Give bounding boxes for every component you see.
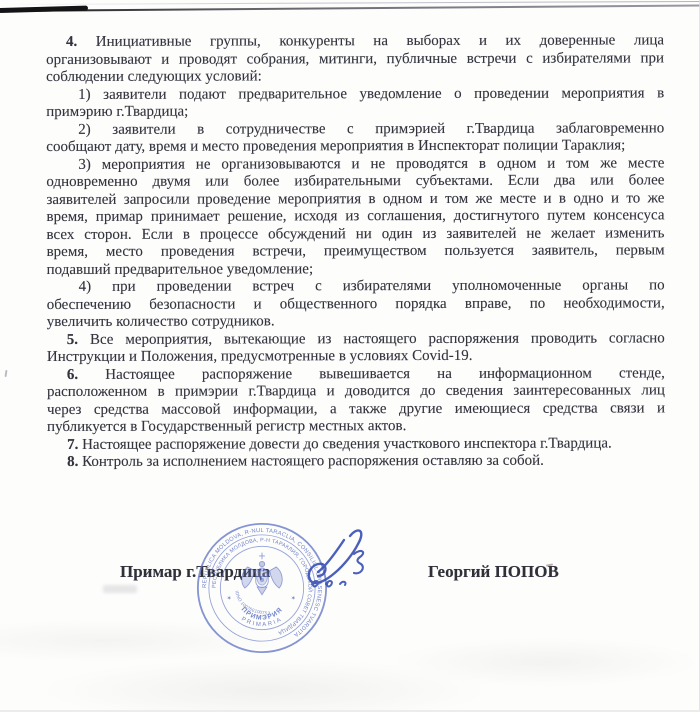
scan-edge-line (0, 4, 700, 12)
scan-edge-blob (0, 6, 88, 13)
stamp-star-left-icon: ✶ (227, 595, 232, 602)
paragraph-number: 4) (79, 279, 92, 295)
paragraph-8: 8. Контроль за исполнением настоящего ра… (47, 452, 665, 471)
text-line: всех сторон. Если в процессе обсуждений … (47, 225, 665, 244)
handwritten-signature (288, 524, 380, 608)
paragraph-number: 5. (67, 331, 78, 347)
text-line: 8. Контроль за исполнением настоящего ра… (47, 452, 665, 471)
paragraph-number: 6. (67, 366, 78, 382)
text-line: увеличить количество сотрудников. (47, 312, 665, 331)
text-line: 4) при проведении встреч с избирателями … (47, 277, 665, 296)
text-line: время, место проведения встречи, преимущ… (47, 242, 665, 261)
text-line: 1) заявители подают предварительное увед… (46, 85, 664, 104)
coat-of-arms-icon (242, 553, 282, 595)
paragraph-5: 5. Все мероприятия, вытекающие из настоя… (47, 330, 665, 367)
text-line: организовывают и проводят собрания, мити… (46, 50, 664, 69)
scan-smudge (103, 585, 137, 593)
paragraph-number: 4. (66, 34, 77, 50)
text-line: через средства массовой информации, а та… (47, 400, 665, 419)
paragraph-4: 4) при проведении встреч с избирателями … (47, 277, 665, 331)
text-line: 2) заявители в сотрудничестве с примэрие… (46, 120, 664, 139)
paragraph-3: 3) мероприятия не организовываются и не … (46, 155, 664, 279)
text-line: обеспечению безопасности и общественного… (47, 295, 665, 314)
paragraph-number: 2) (78, 121, 91, 137)
signature-small-loops (312, 581, 346, 586)
paragraph-number: 8. (67, 454, 78, 470)
paragraph-1: 1) заявители подают предварительное увед… (46, 85, 664, 122)
text-line: публикуется в Государственный регистр ме… (47, 417, 665, 436)
text-line: одновременно двумя или более избирательн… (46, 172, 664, 191)
document-body: 4. Инициативные группы, конкуренты на вы… (46, 32, 665, 471)
text-line: время, примар принимает решение, исходя … (46, 207, 664, 226)
signature-flourish (354, 551, 363, 573)
text-line: подавший предварительное уведомление; (47, 260, 665, 279)
signature-main-loop (309, 530, 362, 582)
paragraph-number: 1) (78, 86, 91, 102)
scan-speck (5, 370, 8, 377)
text-line: 3) мероприятия не организовываются и не … (46, 155, 664, 174)
text-line: Инструкции и Положения, предусмотренные … (47, 347, 665, 366)
text-line: примэрию г.Твардица; (46, 102, 664, 121)
signatory-name: Георгий ПОПОВ (428, 562, 559, 582)
text-line: 4. Инициативные группы, конкуренты на вы… (46, 32, 664, 51)
text-line: 5. Все мероприятия, вытекающие из настоя… (47, 330, 665, 349)
text-line: 7. Настоящее распоряжение довести до све… (47, 435, 665, 454)
paragraph-6: 6. Настоящее распоряжение вывешивается н… (47, 365, 665, 437)
paragraph-number: 7. (67, 436, 78, 452)
paragraph-4: 4. Инициативные группы, конкуренты на вы… (46, 32, 664, 86)
paragraph-number: 3) (78, 156, 91, 172)
text-line: сообщают дату, время и место проведения … (46, 137, 664, 156)
scanned-document-page: 4. Инициативные группы, конкуренты на вы… (0, 0, 700, 712)
paragraph-7: 7. Настоящее распоряжение довести до све… (47, 435, 665, 454)
text-line: расположенном в примэрии г.Твардица и до… (47, 382, 665, 401)
paragraph-2: 2) заявители в сотрудничестве с примэрие… (46, 120, 664, 157)
text-line: соблюдении следующих условий: (46, 67, 664, 86)
text-line: заявителей запросили проведение мероприя… (46, 190, 664, 209)
text-line: 6. Настоящее распоряжение вывешивается н… (47, 365, 665, 384)
